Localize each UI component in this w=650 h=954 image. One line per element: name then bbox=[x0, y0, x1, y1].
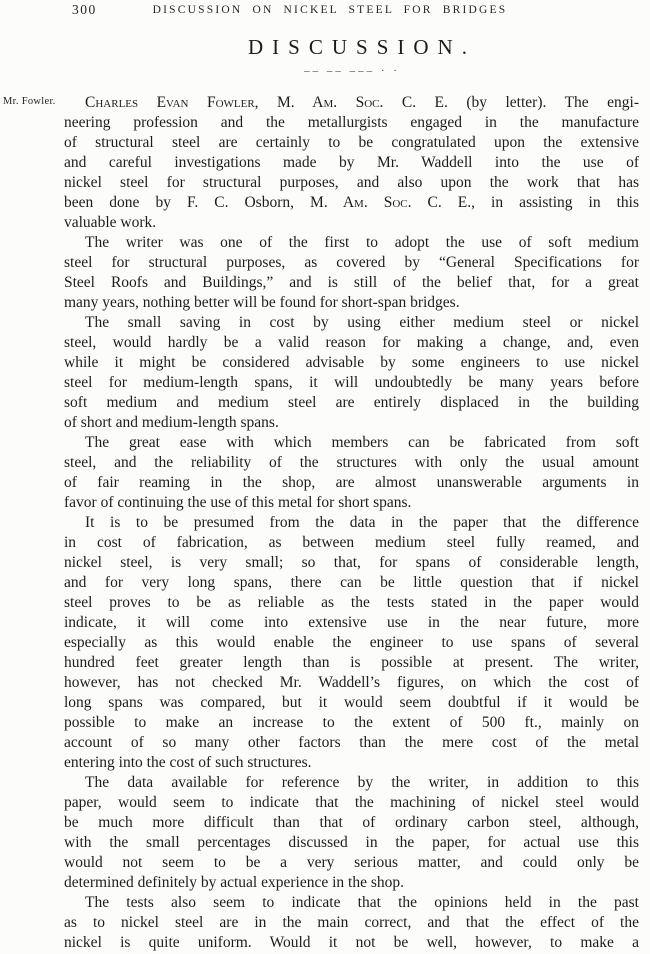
section-title: DISCUSSION. bbox=[70, 35, 645, 60]
text-line: of fair reaming in the shop, are almost … bbox=[64, 473, 639, 493]
text-line: nickel is quite uniform. Would it not be… bbox=[64, 933, 639, 953]
text-line: Steel Roofs and Buildings,” and is still… bbox=[64, 273, 639, 293]
text-line: while it might be considered advisable b… bbox=[64, 353, 639, 373]
paragraph: Charles Evan Fowler, M. Am. Soc. C. E. (… bbox=[64, 93, 639, 233]
paragraph: The great ease with which members can be… bbox=[64, 433, 639, 513]
ornament-rule: ‒‒ ‒‒ ‒‒‒ · · bbox=[287, 65, 417, 77]
text-line: account of so many other factors than th… bbox=[64, 733, 639, 753]
text-line: determined definitely by actual experien… bbox=[64, 873, 639, 893]
text-line: with the small percentages discussed in … bbox=[64, 833, 639, 853]
paragraph: The writer was one of the first to adopt… bbox=[64, 233, 639, 313]
page-number: 300 bbox=[72, 2, 97, 18]
text-line: of structural steel are certainly to be … bbox=[64, 133, 639, 153]
text-line: paper, would seem to indicate that the m… bbox=[64, 793, 639, 813]
smallcaps-name: Charles Evan Fowler, M. Am. Soc. C. E. bbox=[85, 94, 448, 111]
text-line: It is to be presumed from the data in th… bbox=[64, 513, 639, 533]
body-text: Charles Evan Fowler, M. Am. Soc. C. E. (… bbox=[64, 93, 639, 953]
text-line: possible to make an increase to the exte… bbox=[64, 713, 639, 733]
text-line: The small saving in cost by using either… bbox=[64, 313, 639, 333]
text-line: be much more difficult than that of ordi… bbox=[64, 813, 639, 833]
text-line: The great ease with which members can be… bbox=[64, 433, 639, 453]
text-line: entering into the cost of such structure… bbox=[64, 753, 639, 773]
text-run: , in assisting in this bbox=[471, 194, 639, 211]
text-line: neering profession and the metallurgists… bbox=[64, 113, 639, 133]
text-line: however, has not checked Mr. Waddell’s f… bbox=[64, 673, 639, 693]
text-line: valuable work. bbox=[64, 213, 639, 233]
paragraph: It is to be presumed from the data in th… bbox=[64, 513, 639, 773]
text-line: would not seem to be a very serious matt… bbox=[64, 853, 639, 873]
text-line: The writer was one of the first to adopt… bbox=[64, 233, 639, 253]
text-run: been done by F. C. Osborn, bbox=[64, 194, 310, 211]
text-line: steel for medium-length spans, it will u… bbox=[64, 373, 639, 393]
text-line: in cost of fabrication, as between mediu… bbox=[64, 533, 639, 553]
scanned-book-page: 300 DISCUSSION ON NICKEL STEEL FOR BRIDG… bbox=[0, 0, 650, 954]
text-line: long spans was compared, but it would se… bbox=[64, 693, 639, 713]
text-line: steel for structural purposes, as covere… bbox=[64, 253, 639, 273]
text-line: and careful investigations made by Mr. W… bbox=[64, 153, 639, 173]
text-run: (by letter). The engi- bbox=[448, 94, 639, 111]
text-line: The tests also seem to indicate that the… bbox=[64, 893, 639, 913]
text-line: nickel steel, is very small; so that, fo… bbox=[64, 553, 639, 573]
text-line: nickel steel for structural purposes, an… bbox=[64, 173, 639, 193]
margin-note: Mr. Fowler. bbox=[3, 96, 56, 107]
text-line: soft medium and medium steel are entirel… bbox=[64, 393, 639, 413]
text-line: steel, and the reliability of the struct… bbox=[64, 453, 639, 473]
text-line: been done by F. C. Osborn, M. Am. Soc. C… bbox=[64, 193, 639, 213]
text-line: many years, nothing better will be found… bbox=[64, 293, 639, 313]
paragraph: The small saving in cost by using either… bbox=[64, 313, 639, 433]
paragraph: The data available for reference by the … bbox=[64, 773, 639, 893]
text-line: and for very long spans, there can be li… bbox=[64, 573, 639, 593]
text-line: as to nickel steel are in the main corre… bbox=[64, 913, 639, 933]
running-head: DISCUSSION ON NICKEL STEEL FOR BRIDGES bbox=[130, 4, 530, 16]
text-line: steel, would hardly be a valid reason fo… bbox=[64, 333, 639, 353]
text-line: indicate, it will come into extensive us… bbox=[64, 613, 639, 633]
text-line: Charles Evan Fowler, M. Am. Soc. C. E. (… bbox=[64, 93, 639, 113]
text-line: favor of continuing the use of this meta… bbox=[64, 493, 639, 513]
text-line: especially as this would enable the engi… bbox=[64, 633, 639, 653]
paragraph: The tests also seem to indicate that the… bbox=[64, 893, 639, 953]
text-line: hundred feet greater length than is poss… bbox=[64, 653, 639, 673]
smallcaps-name: M. Am. Soc. C. E. bbox=[310, 194, 471, 211]
text-line: of short and medium-length spans. bbox=[64, 413, 639, 433]
text-line: steel proves to be as reliable as the te… bbox=[64, 593, 639, 613]
text-line: The data available for reference by the … bbox=[64, 773, 639, 793]
